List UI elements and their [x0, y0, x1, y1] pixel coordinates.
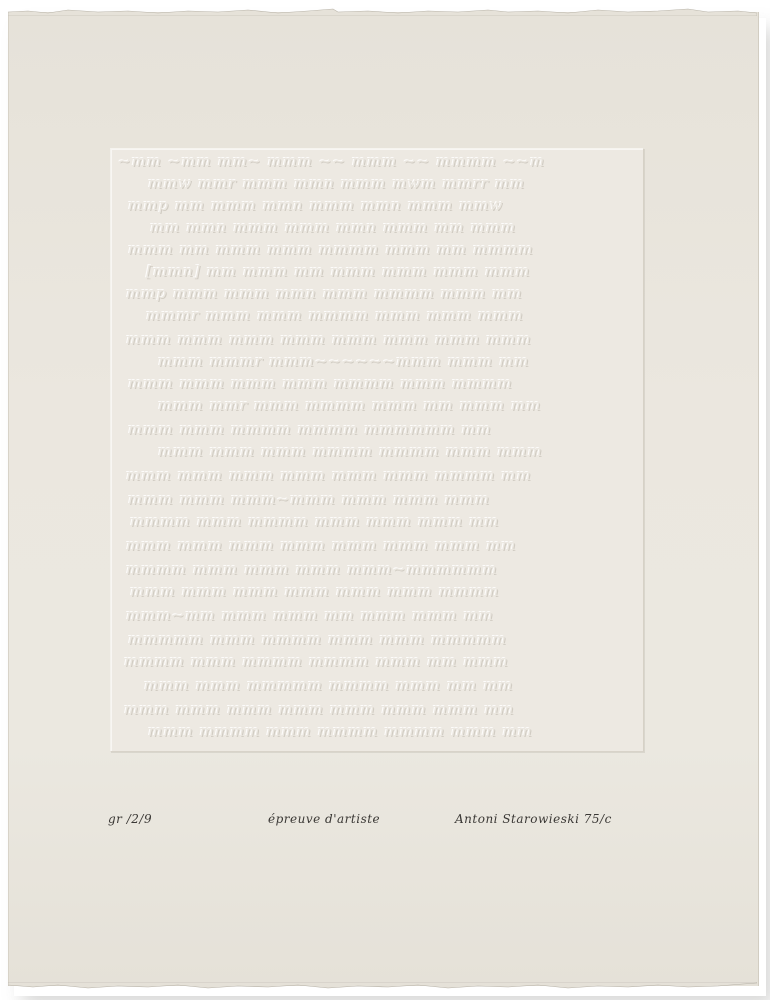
- embossed-line: mmm mmm mmm~mmm mmm mmm mmm: [128, 490, 490, 510]
- edition-inscription: gr /2/9: [108, 812, 152, 826]
- deckle-edge-top: [8, 8, 757, 16]
- embossed-line: mmm mmm mmmm mmmm mmmmmm mm: [128, 420, 492, 440]
- embossed-line: mmmr mmm mmm mmmm mmm mmm mmm: [146, 306, 524, 326]
- embossed-line: mmp mm mmm mmn mmm mmn mmm mmw: [128, 196, 503, 216]
- proof-inscription: épreuve d'artiste: [268, 812, 380, 826]
- embossed-line: mmm mmm mmm mmm mmm mmm mmmm: [130, 582, 500, 602]
- embossed-line: mmw mmr mmm mmn mmm mwm mmrr mm: [148, 174, 525, 194]
- embossed-line: mmm mmm mmm mmmm mmmm mmm mmm: [158, 442, 543, 462]
- embossed-line: mmm mmm mmm mmm mmm mmm mmm mm: [124, 700, 515, 720]
- embossed-line: mmm mmm mmm mmm mmmm mmm mmmm: [128, 374, 513, 394]
- embossed-line: mmmm mmm mmmm mmmm mmm mm mmm: [124, 652, 509, 672]
- embossed-line: mmm mmm mmmmm mmmm mmm mm mm: [144, 676, 514, 696]
- embossed-line: mmm mm mmm mmm mmmm mmm mm mmmm: [128, 240, 534, 260]
- embossed-line: mmp mmm mmm mmn mmm mmmm mmm mm: [126, 284, 523, 304]
- embossed-line: mmmmm mmm mmmm mmm mmm mmmmm: [128, 630, 507, 650]
- embossed-line: mmmm mmm mmmm mmm mmm mmm mm: [130, 512, 500, 532]
- embossed-line: mmm mmr mmm mmmm mmm mm mmm mm: [158, 396, 541, 416]
- embossed-line: mmm mmm mmm mmm mmm mmm mmm mmm: [126, 330, 532, 350]
- embossed-line: mm mmn mmm mmm mmn mmm mm mmm: [150, 218, 516, 238]
- embossed-line: mmmm mmm mmm mmm mmm~mmmmmm: [126, 560, 498, 580]
- embossed-line: ~mm ~mm mm~ mmm ~~ mmm ~~ mmmm ~~m: [118, 152, 545, 172]
- embossed-text-block: ~mm ~mm mm~ mmm ~~ mmm ~~ mmmm ~~m mmw m…: [118, 150, 638, 750]
- embossed-line: mmm mmmm mmm mmmm mmmm mmm mm: [148, 722, 533, 742]
- artist-signature: Antoni Starowieski 75/c: [455, 812, 612, 826]
- embossed-line: mmm mmm mmm mmm mmm mmm mmmm mm: [126, 466, 532, 486]
- embossed-line: mmm~mm mmm mmm mm mmm mmm mm: [126, 606, 494, 626]
- embossed-line: mmm mmm mmm mmm mmm mmm mmm mm: [126, 536, 517, 556]
- embossed-line: [mmn] mm mmm mm mmm mmm mmm mmm: [146, 262, 530, 282]
- embossed-line: mmm mmmr mmm~~~~~~mmm mmm mm: [158, 352, 529, 372]
- deckle-edge-bottom: [8, 982, 757, 990]
